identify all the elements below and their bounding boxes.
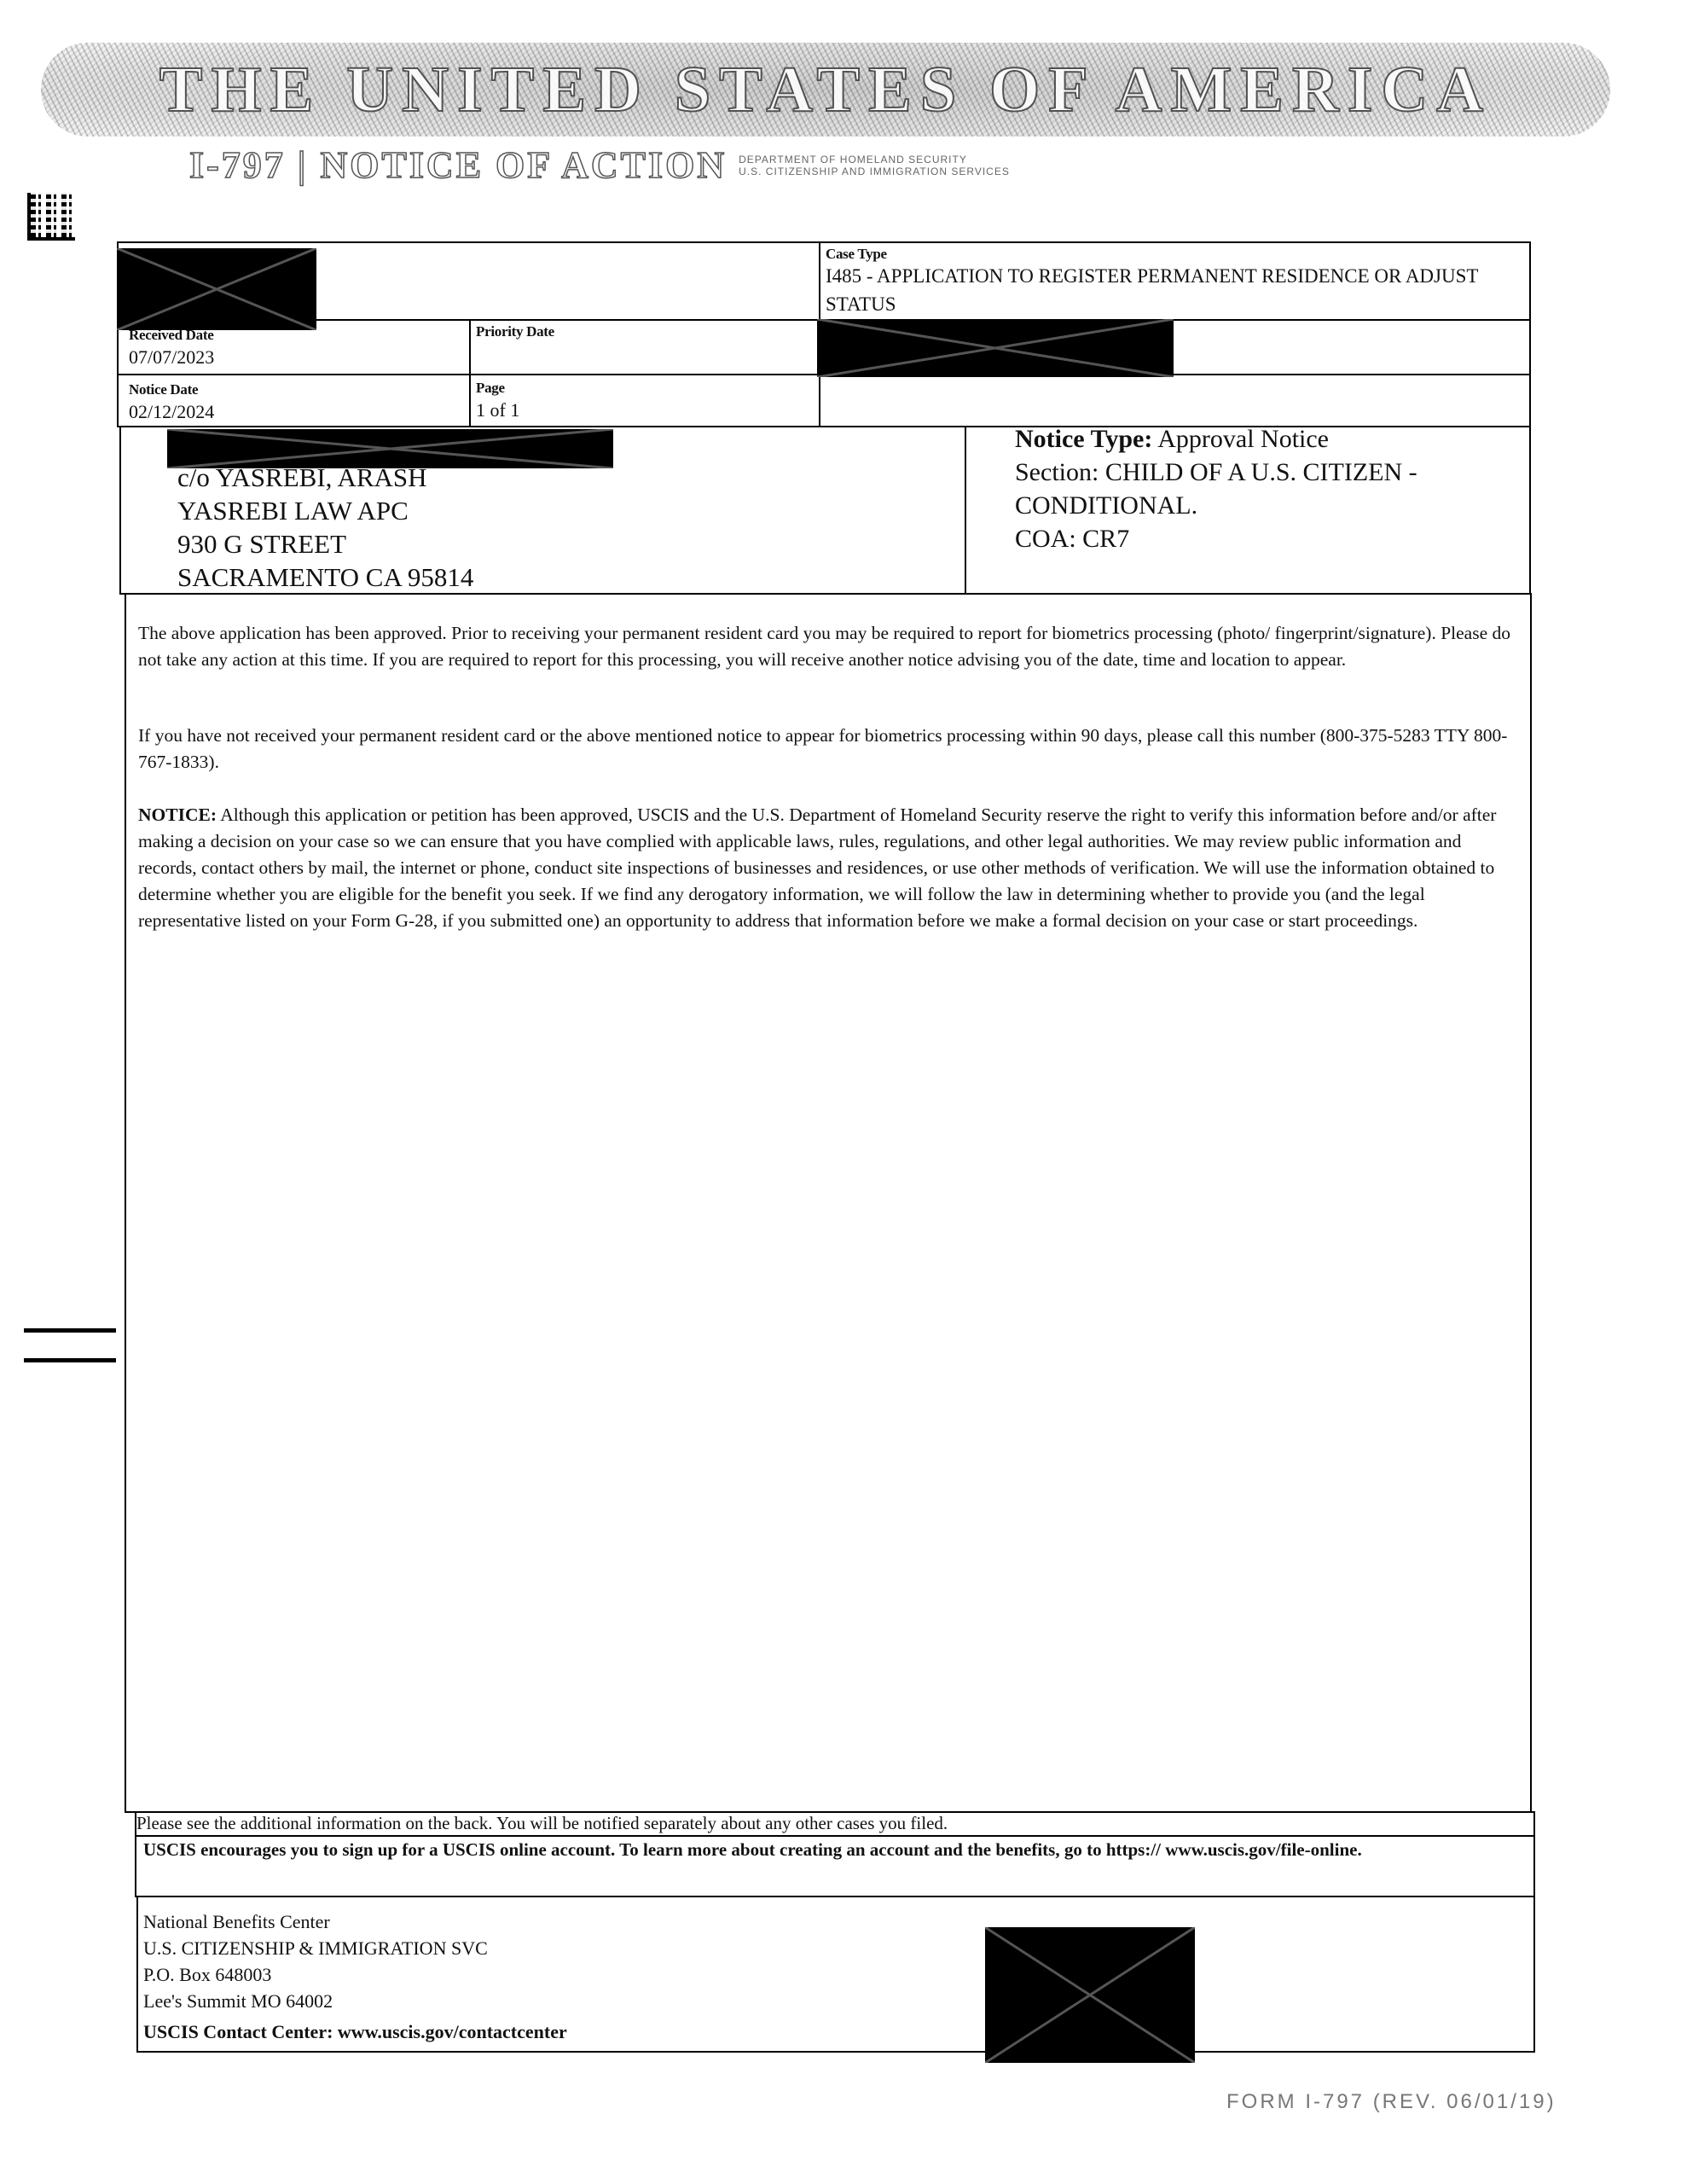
page-value: 1 of 1 xyxy=(476,399,519,421)
priority-date-label: Priority Date xyxy=(476,324,554,340)
mailing-address: c/o YASREBI, ARASH YASREBI LAW APC 930 G… xyxy=(177,461,473,594)
notice-date-cell: Notice Date 02/12/2024 xyxy=(117,374,471,427)
case-type-cell: Case Type I485 - APPLICATION TO REGISTER… xyxy=(819,241,1531,321)
redaction-account-number xyxy=(817,319,1174,377)
address-line: YASREBI LAW APC xyxy=(177,494,473,527)
body-paragraph-3: NOTICE: Although this application or pet… xyxy=(138,802,1522,934)
body-paragraph-2: If you have not received your permanent … xyxy=(138,723,1522,775)
notice-type-label: Notice Type: xyxy=(1015,425,1152,453)
received-date-value: 07/07/2023 xyxy=(129,346,214,369)
address-line: 930 G STREET xyxy=(177,527,473,561)
contact-center: USCIS Contact Center: www.uscis.gov/cont… xyxy=(143,2021,567,2043)
notice-date-value: 02/12/2024 xyxy=(129,401,214,423)
department-name: DEPARTMENT OF HOMELAND SECURITY U.S. CIT… xyxy=(739,154,1010,177)
banner-title: THE UNITED STATES OF AMERICA xyxy=(159,53,1492,127)
notice-label: NOTICE: xyxy=(138,804,217,825)
form-title: I-797 | NOTICE OF ACTION xyxy=(189,143,727,187)
address-line: SACRAMENTO CA 95814 xyxy=(177,561,473,594)
blank-cell xyxy=(819,374,1531,427)
page-cell: Page 1 of 1 xyxy=(469,374,820,427)
fold-mark xyxy=(24,1328,116,1333)
datamatrix-barcode-icon xyxy=(27,193,75,241)
redaction-applicant-name xyxy=(167,429,613,468)
redaction-receipt-number xyxy=(117,248,316,330)
priority-date-cell: Priority Date xyxy=(469,319,820,375)
case-type-label: Case Type xyxy=(826,247,887,262)
coa-code: COA: CR7 xyxy=(1015,522,1417,555)
notice-type-block: Notice Type: Approval Notice Section: CH… xyxy=(1015,422,1417,555)
additional-info-text: Please see the additional information on… xyxy=(136,1810,948,1836)
notice-body-box xyxy=(125,593,1532,1813)
form-subheader: I-797 | NOTICE OF ACTION DEPARTMENT OF H… xyxy=(189,143,1010,187)
office-address: National Benefits Center U.S. CITIZENSHI… xyxy=(143,1908,488,2014)
notice-date-label: Notice Date xyxy=(129,382,198,398)
page-label: Page xyxy=(476,380,505,396)
body-paragraph-1: The above application has been approved.… xyxy=(138,620,1522,673)
case-type-value: I485 - APPLICATION TO REGISTER PERMANENT… xyxy=(826,262,1491,318)
online-account-text: USCIS encourages you to sign up for a US… xyxy=(143,1836,1525,1864)
section-line: Section: CHILD OF A U.S. CITIZEN - xyxy=(1015,456,1417,489)
notice-type-value: Approval Notice xyxy=(1157,425,1329,453)
header-banner: THE UNITED STATES OF AMERICA xyxy=(41,43,1610,136)
redaction-barcode xyxy=(985,1927,1195,2063)
fold-mark xyxy=(24,1358,116,1362)
section-line: CONDITIONAL. xyxy=(1015,489,1417,522)
form-number: FORM I-797 (REV. 06/01/19) xyxy=(1226,2090,1557,2114)
